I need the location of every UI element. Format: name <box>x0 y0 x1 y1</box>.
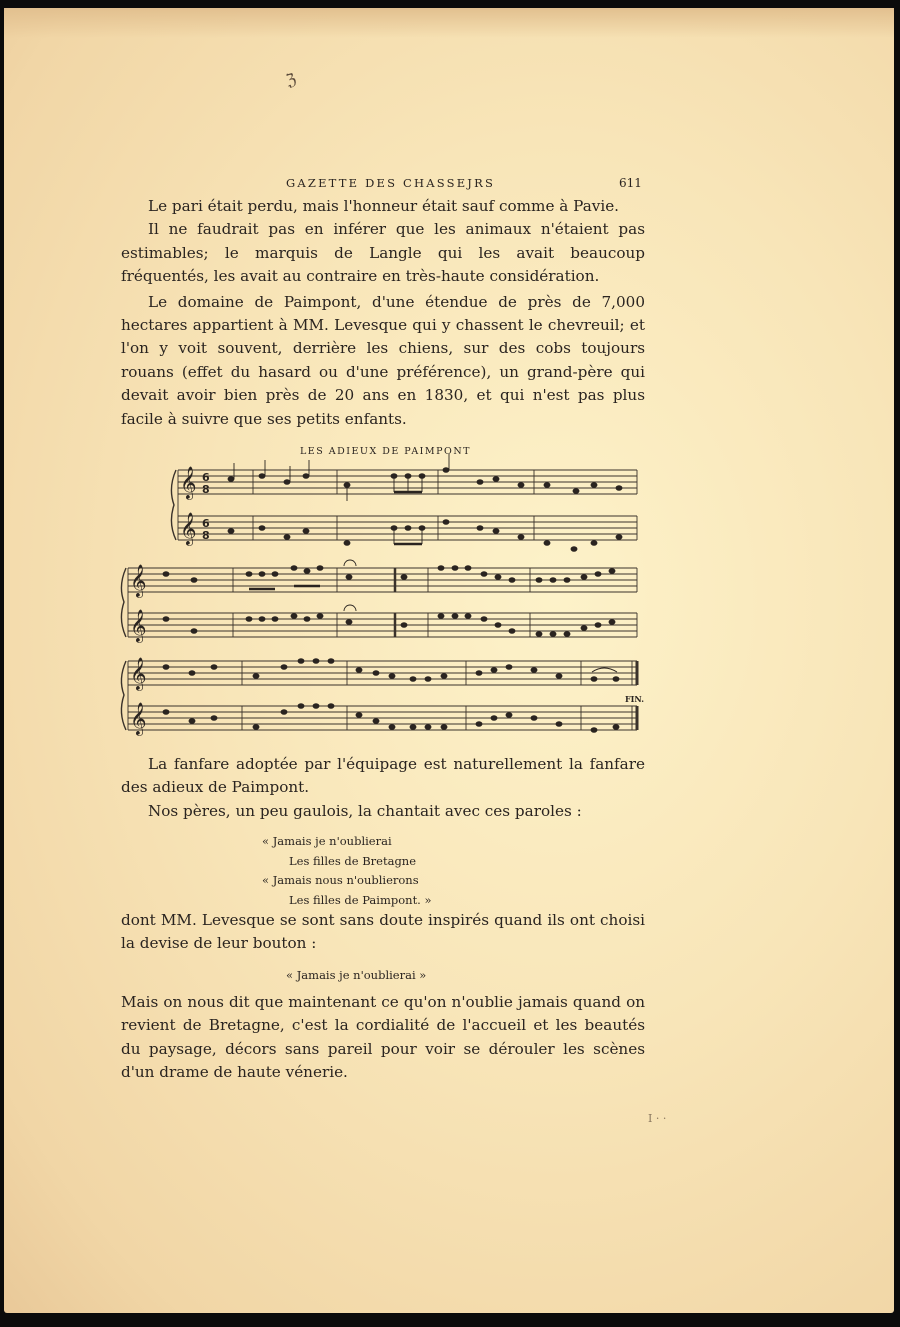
svg-text:𝄞: 𝄞 <box>180 512 197 546</box>
paragraph: Mais on nous dit que maintenant ce qu'on… <box>121 991 645 1085</box>
verse-line: Les filles de Bretagne <box>262 852 432 872</box>
motto: « Jamais je n'oublierai » <box>286 968 426 982</box>
svg-text:8: 8 <box>202 529 210 542</box>
notes <box>163 454 622 732</box>
staff-system-1 <box>171 470 637 540</box>
verse-line: « Jamais nous n'oublierons <box>262 871 432 891</box>
svg-text:𝄞: 𝄞 <box>180 466 197 500</box>
paragraph: La fanfare adoptée par l'équipage est na… <box>121 753 645 800</box>
svg-text:𝄞: 𝄞 <box>130 609 147 643</box>
after-music-paragraphs: La fanfare adoptée par l'équipage est na… <box>121 753 645 823</box>
paragraph: Nos pères, un peu gaulois, la chantait a… <box>121 800 645 823</box>
margin-stamp: I · · <box>648 1108 666 1130</box>
fin-mark: FIN. <box>625 694 644 704</box>
svg-text:𝄞: 𝄞 <box>130 657 147 691</box>
verse: « Jamais je n'oublierai Les filles de Br… <box>262 832 432 910</box>
verse-line: « Jamais je n'oublierai <box>262 832 432 852</box>
svg-text:𝄞: 𝄞 <box>130 702 147 736</box>
music-score: 𝄞𝄞 𝄞𝄞 𝄞𝄞 68 68 <box>4 8 894 748</box>
closing-paragraph: Mais on nous dit que maintenant ce qu'on… <box>121 991 645 1085</box>
verse-line: Les filles de Paimpont. » <box>262 891 432 911</box>
continuation-paragraph: dont MM. Levesque se sont sans doute ins… <box>121 909 645 956</box>
scanned-page: ℨ GAZETTE DES CHASSEJRS 611 Le pari étai… <box>4 8 894 1313</box>
svg-text:𝄞: 𝄞 <box>130 564 147 598</box>
staff-system-2 <box>121 568 637 637</box>
paragraph: dont MM. Levesque se sont sans doute ins… <box>121 909 645 956</box>
staff-system-3 <box>121 661 637 730</box>
svg-text:8: 8 <box>202 483 210 496</box>
